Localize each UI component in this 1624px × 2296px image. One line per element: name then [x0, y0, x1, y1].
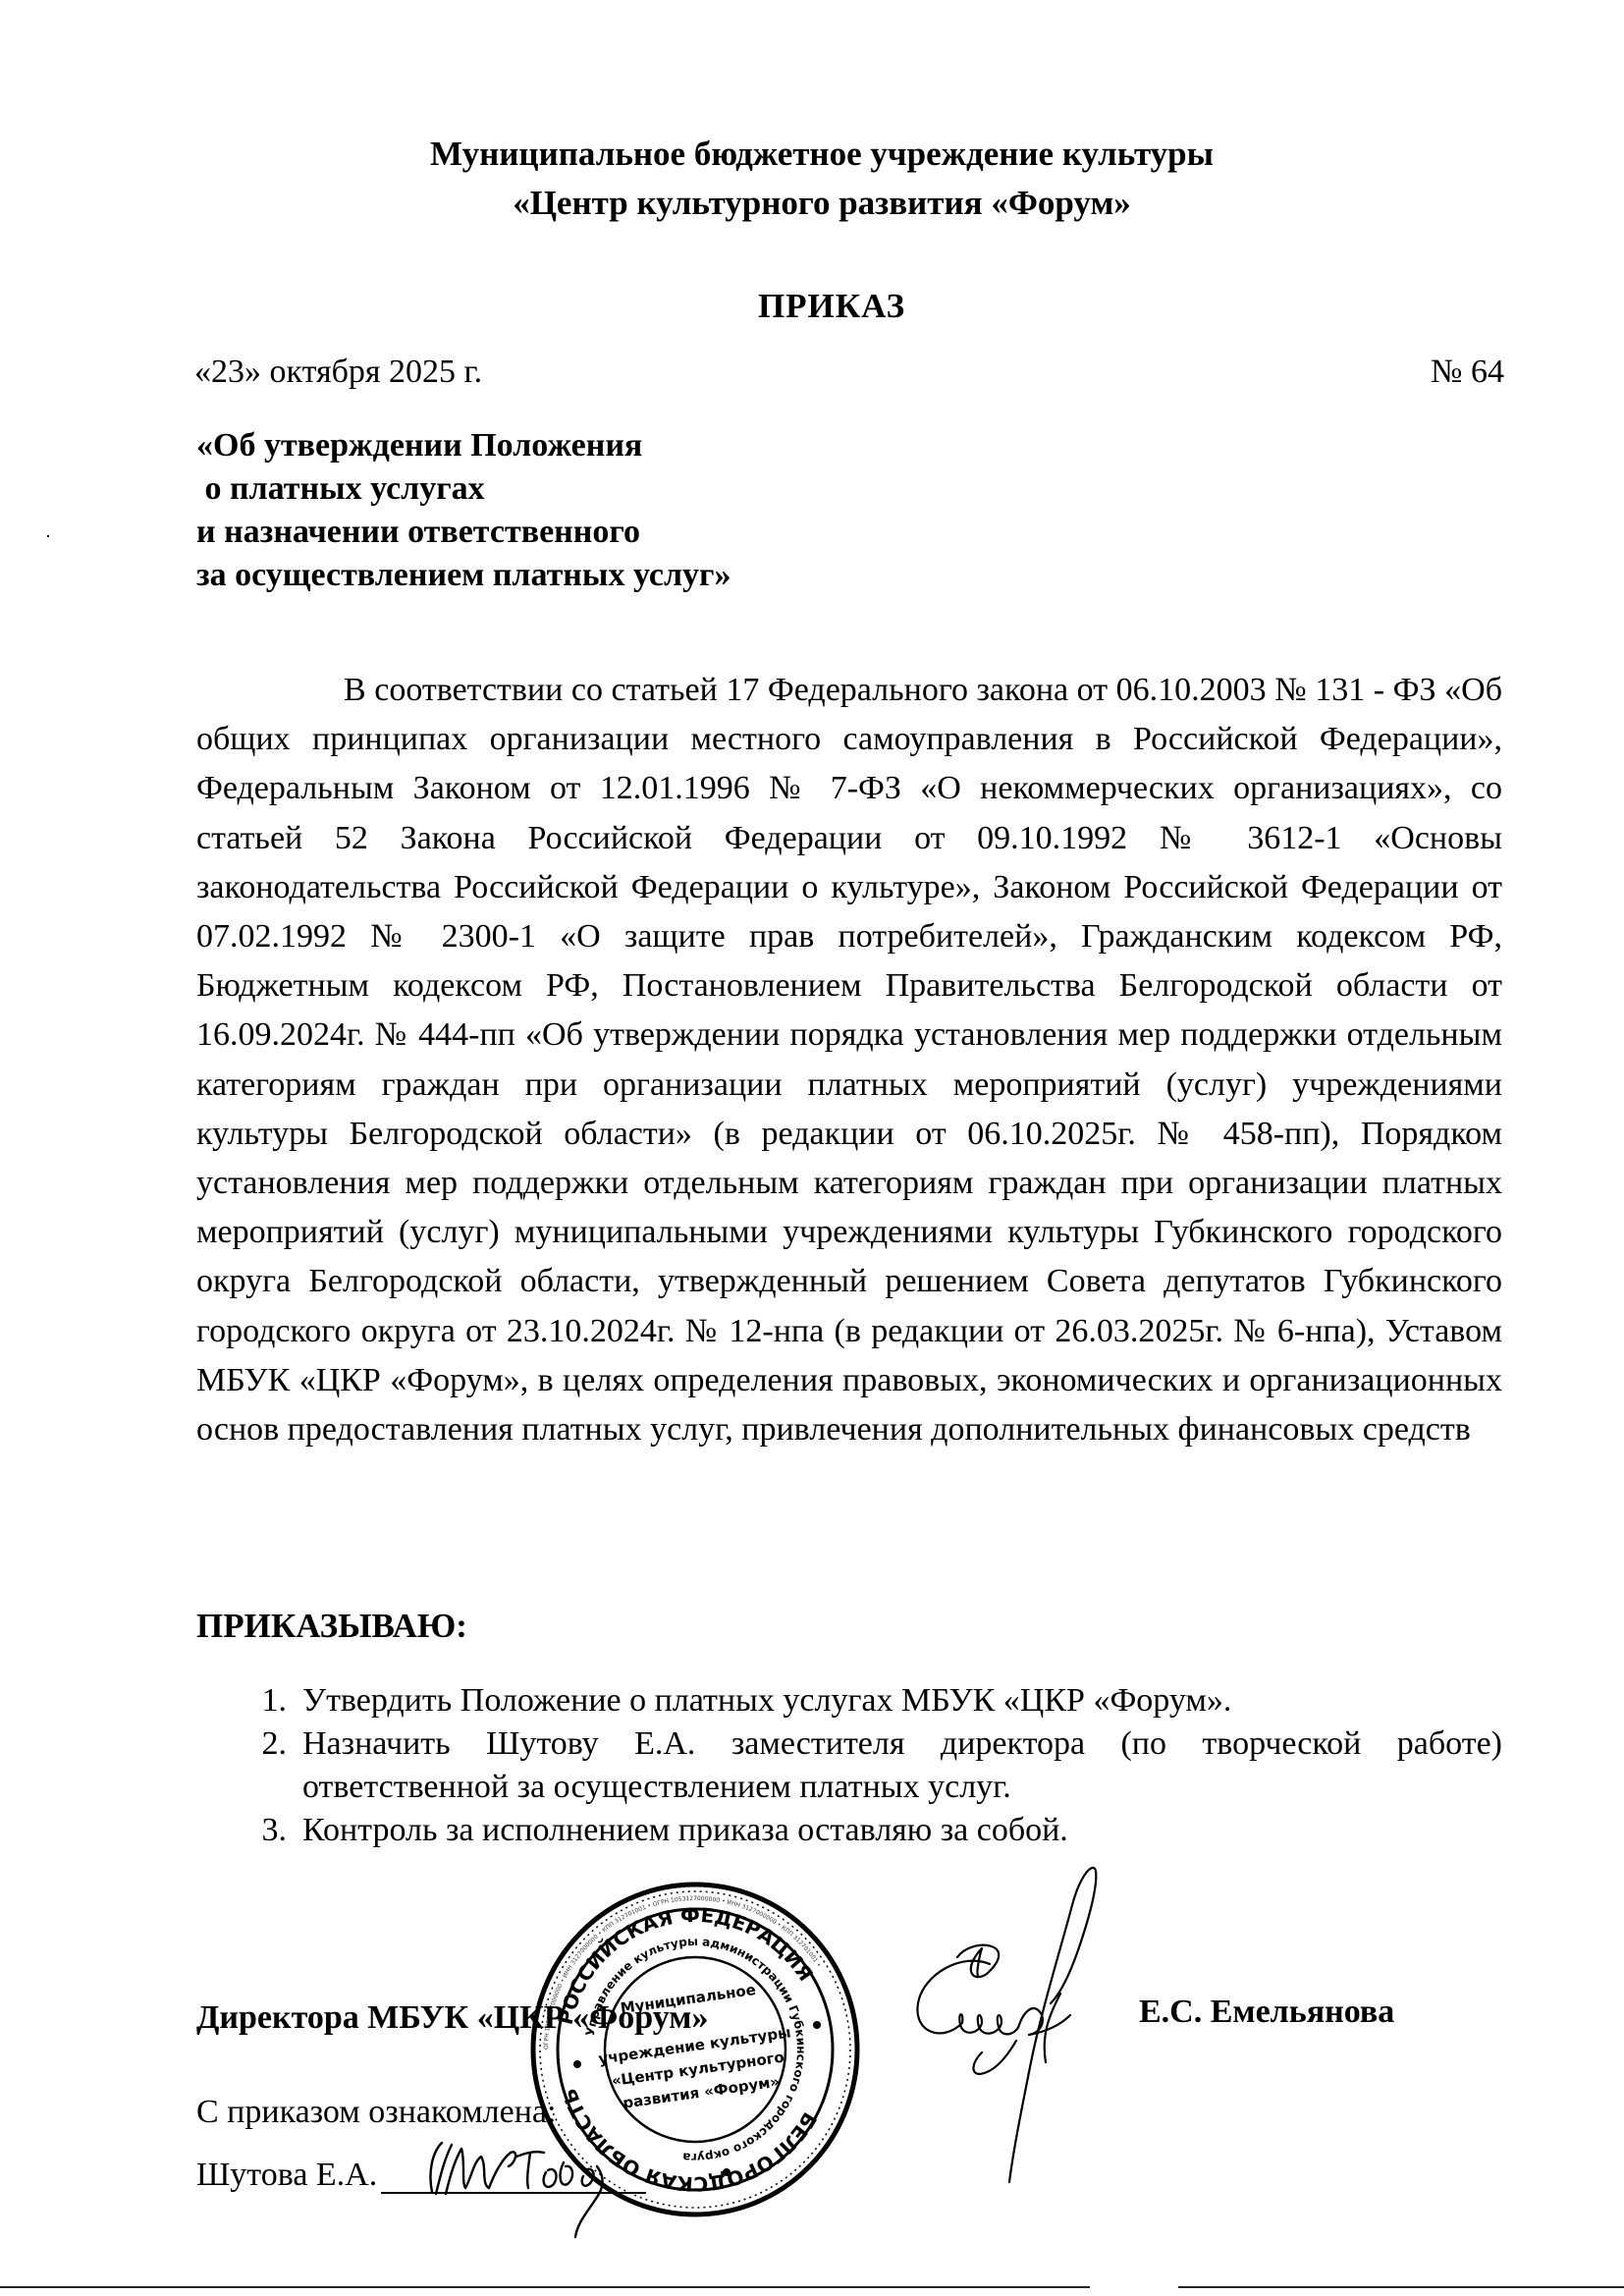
organization-header: Муниципальное бюджетное учреждение культ…: [0, 130, 1624, 228]
director-handwritten-signature-icon: [903, 1866, 1129, 2190]
date-number-row: «23» октября 2025 г. № 64: [194, 354, 1504, 391]
document-date: «23» октября 2025 г.: [194, 354, 482, 391]
order-item-number: 1.: [196, 1679, 302, 1722]
preamble-paragraph: В соответствии со статьей 17 Федеральног…: [196, 666, 1502, 1454]
scan-artifact: [47, 535, 49, 537]
document-subject: «Об утверждении Положения о платных услу…: [196, 424, 731, 597]
order-heading: ПРИКАЗЫВАЮ:: [196, 1607, 467, 1646]
order-item: 2. Назначить Шутову Е.А. заместителя дир…: [196, 1722, 1502, 1809]
scan-edge-line: [1178, 2286, 1624, 2288]
document-page: Муниципальное бюджетное учреждение культ…: [0, 0, 1624, 2296]
order-items-list: 1. Утвердить Положение о платных услугах…: [196, 1679, 1502, 1852]
subject-line: и назначении ответственного: [196, 511, 731, 554]
subject-line: «Об утверждении Положения: [196, 424, 731, 467]
order-item-text: Контроль за исполнением приказа оставляю…: [302, 1809, 1502, 1852]
scan-edge-line: [0, 2286, 1090, 2288]
order-item: 3. Контроль за исполнением приказа остав…: [196, 1809, 1502, 1852]
order-item-number: 3.: [196, 1809, 302, 1852]
order-item-number: 2.: [196, 1722, 302, 1809]
acknowledgement-handwritten-signature-icon: [410, 2123, 626, 2241]
subject-line: о платных услугах: [196, 467, 731, 511]
order-item-text: Назначить Шутову Е.А. заместителя директ…: [302, 1722, 1502, 1809]
subject-line: за осуществлением платных услуг»: [196, 554, 731, 597]
document-number: № 64: [1431, 354, 1504, 391]
svg-text:Муниципальное: Муниципальное: [620, 1981, 757, 2017]
org-name-line2: «Центр культурного развития «Форум»: [0, 179, 1624, 228]
order-item: 1. Утвердить Положение о платных услугах…: [196, 1679, 1502, 1722]
org-name-line1: Муниципальное бюджетное учреждение культ…: [0, 130, 1624, 179]
order-item-text: Утвердить Положение о платных услугах МБ…: [302, 1679, 1502, 1722]
document-type-title: ПРИКАЗ: [0, 287, 1624, 326]
acknowledged-person-name: Шутова Е.А.: [196, 2157, 377, 2194]
director-name: Е.С. Емельянова: [1139, 1994, 1394, 2031]
